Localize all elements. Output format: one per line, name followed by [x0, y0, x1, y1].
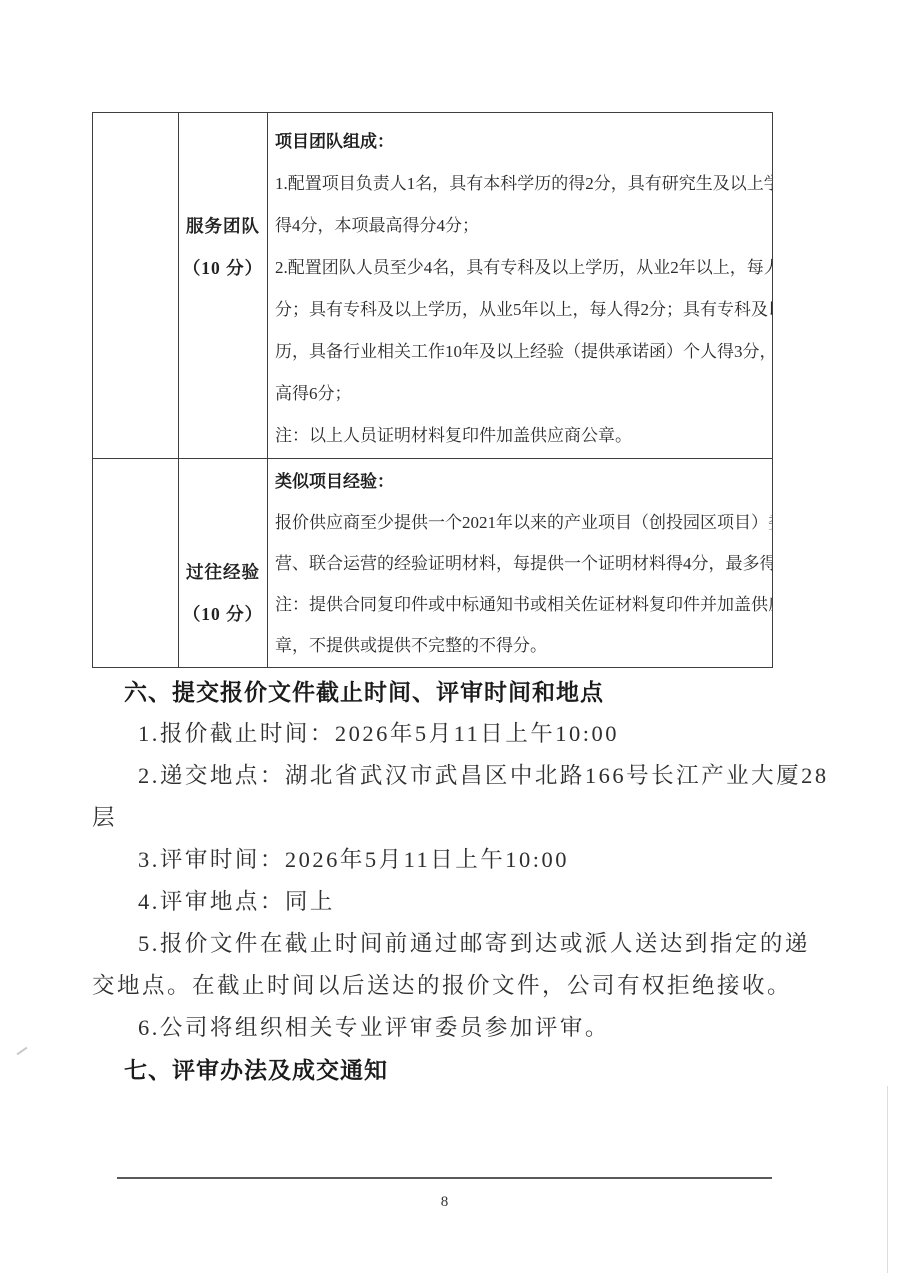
- section-six-heading: 六、提交报价文件截止时间、评审时间和地点: [92, 671, 816, 713]
- detail-line: 章，不提供或提供不完整的不得分。: [275, 625, 768, 666]
- document-body: 六、提交报价文件截止时间、评审时间和地点 1.报价截止时间：2026年5月11日…: [92, 671, 816, 1091]
- detail-line: 项目团队组成：: [275, 121, 768, 163]
- review-time-line: 3.评审时间：2026年5月11日上午10:00: [92, 839, 816, 881]
- committee-line: 6.公司将组织相关专业评审委员参加评审。: [92, 1007, 816, 1049]
- detail-line: 报价供应商至少提供一个2021年以来的产业项目（创投园区项目）委托运: [275, 502, 768, 543]
- scan-tick-artifact: [17, 1047, 28, 1056]
- document-page: 服务团队 （10 分） 项目团队组成： 1.配置项目负责人1名，具有本科学历的得…: [0, 0, 900, 1273]
- scan-edge-artifact: [887, 1086, 888, 1273]
- review-place-line: 4.评审地点：同上: [92, 881, 816, 923]
- footer-divider: [117, 1177, 772, 1179]
- detail-line: 营、联合运营的经验证明材料，每提供一个证明材料得4分，最多得10分。: [275, 543, 768, 584]
- criterion-service-team-name: 服务团队: [179, 205, 267, 247]
- detail-line: 1.配置项目负责人1名，具有本科学历的得2分，具有研究生及以上学历的: [275, 163, 768, 205]
- criterion-service-team-score: （10 分）: [179, 247, 267, 289]
- mailing-rule-wrap: 交地点。在截止时间以后送达的报价文件，公司有权拒绝接收。: [92, 965, 816, 1007]
- detail-line: 分；具有专科及以上学历，从业5年以上，每人得2分；具有专科及以上学: [275, 289, 768, 331]
- detail-line: 类似项目经验：: [275, 461, 768, 502]
- criterion-service-team-details: 项目团队组成： 1.配置项目负责人1名，具有本科学历的得2分，具有研究生及以上学…: [267, 113, 772, 458]
- delivery-address-line: 2.递交地点：湖北省武汉市武昌区中北路166号长江产业大厦28: [92, 755, 816, 797]
- detail-line: 高得6分；: [275, 373, 768, 415]
- criterion-past-experience-score: （10 分）: [179, 593, 267, 635]
- mailing-rule-line: 5.报价文件在截止时间前通过邮寄到达或派人送达到指定的递: [92, 923, 816, 965]
- delivery-address-wrap: 层: [92, 797, 816, 839]
- table-cell-empty-row2: [93, 458, 178, 667]
- page-number: 8: [117, 1194, 772, 1211]
- criterion-service-team: 服务团队 （10 分）: [178, 113, 267, 458]
- criterion-past-experience: 过往经验 （10 分）: [178, 458, 267, 667]
- section-seven-heading: 七、评审办法及成交通知: [92, 1049, 816, 1091]
- detail-line: 注：提供合同复印件或中标通知书或相关佐证材料复印件并加盖供应商公: [275, 584, 768, 625]
- detail-line: 注：以上人员证明材料复印件加盖供应商公章。: [275, 415, 768, 457]
- criterion-past-experience-details: 类似项目经验： 报价供应商至少提供一个2021年以来的产业项目（创投园区项目）委…: [267, 458, 772, 667]
- criterion-past-experience-name: 过往经验: [179, 551, 267, 593]
- detail-line: 历，具备行业相关工作10年及以上经验（提供承诺函）个人得3分，本项最: [275, 331, 768, 373]
- detail-line: 得4分，本项最高得分4分；: [275, 205, 768, 247]
- evaluation-criteria-table: 服务团队 （10 分） 项目团队组成： 1.配置项目负责人1名，具有本科学历的得…: [92, 112, 773, 668]
- table-cell-empty-row1: [93, 113, 178, 458]
- detail-line: 2.配置团队人员至少4名，具有专科及以上学历，从业2年以上，每人得1: [275, 247, 768, 289]
- deadline-line: 1.报价截止时间：2026年5月11日上午10:00: [92, 713, 816, 755]
